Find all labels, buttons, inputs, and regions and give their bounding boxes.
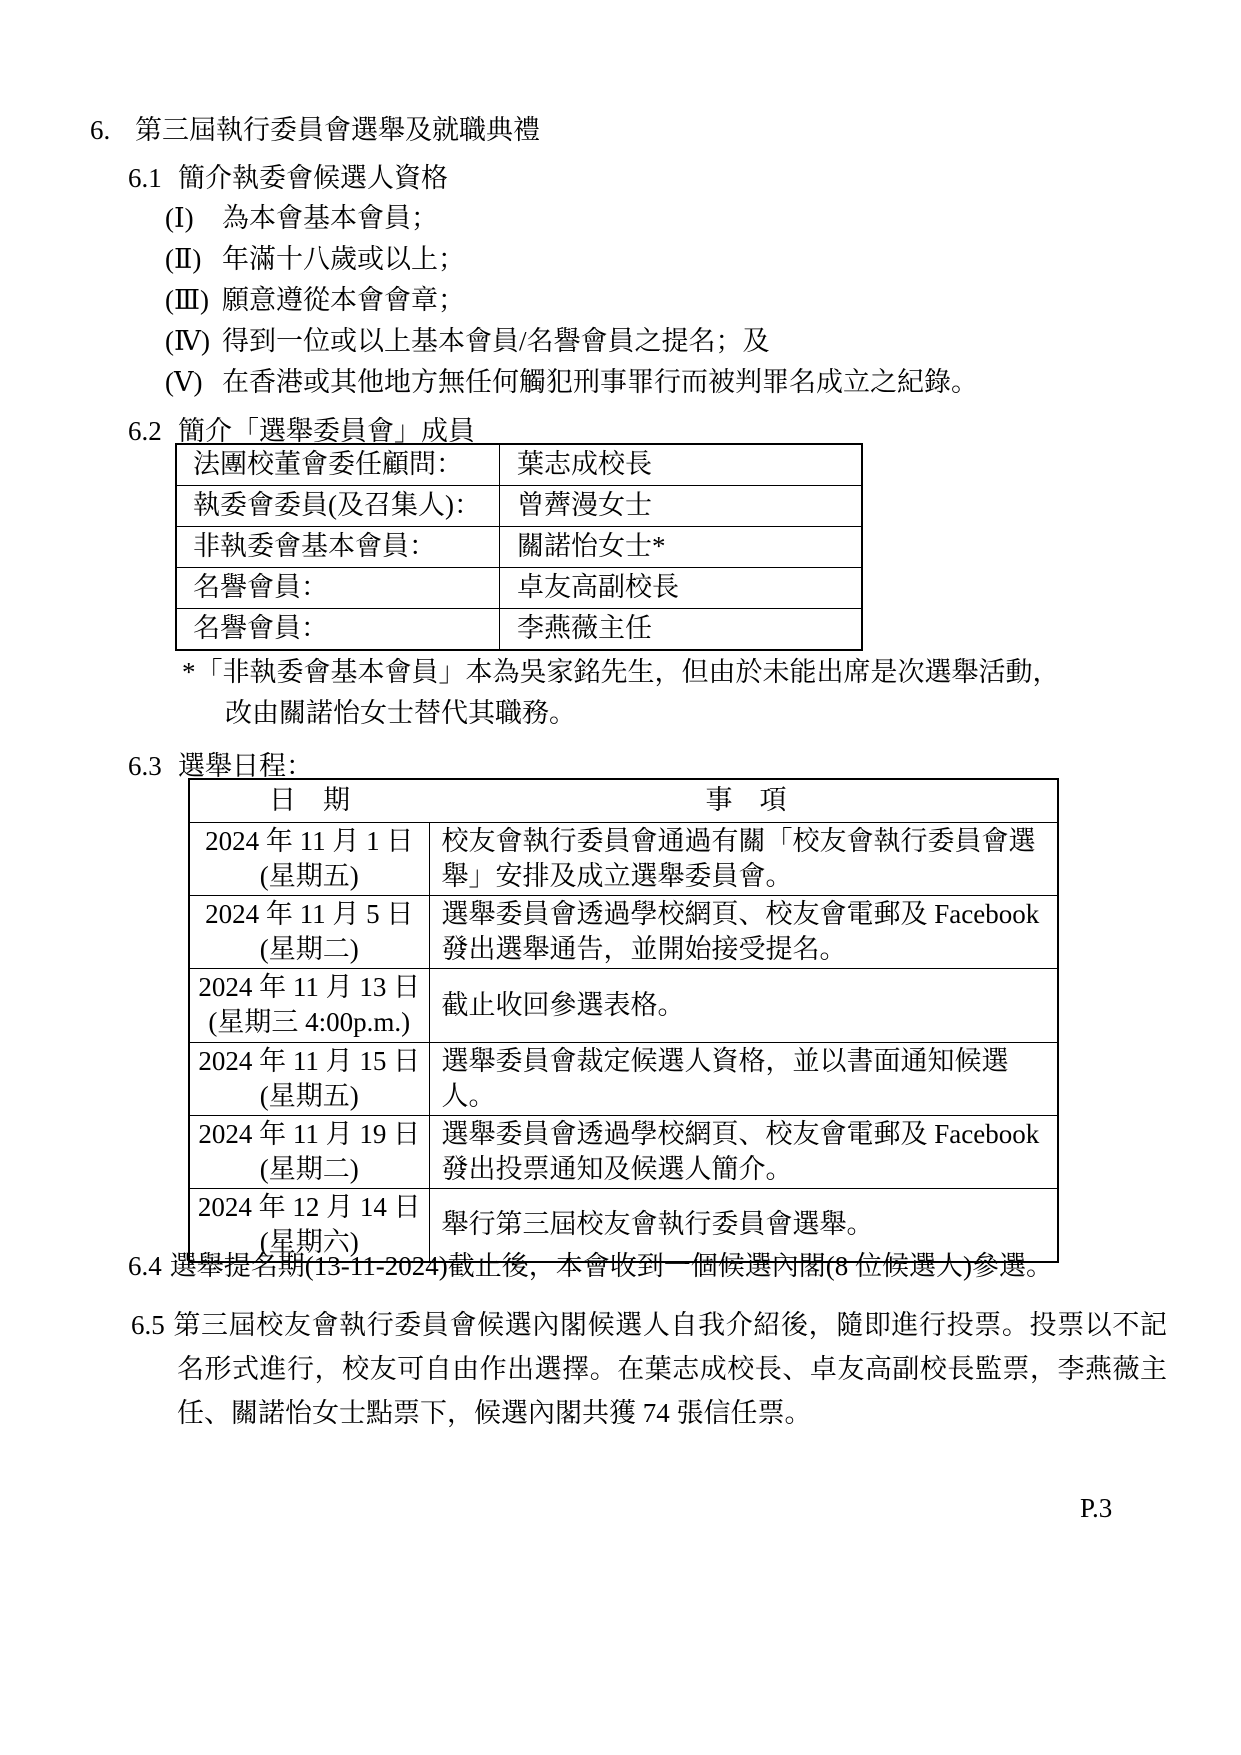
schedule-item: 校友會執行委員會通過有關「校友會執行委員會選舉」安排及成立選舉委員會。	[429, 823, 1058, 896]
footnote: *「非執委會基本會員」本為吳家銘先生，但由於未能出席是次選舉活動， 改由關諾怡女…	[182, 652, 1060, 734]
weekday-line: (星期三 4:00p.m.)	[191, 1005, 428, 1040]
table-row: 執委會委員(及召集人)： 曾薺漫女士	[176, 486, 862, 527]
table-row: 2024 年 11 月 5 日 (星期二) 選舉委員會透過學校網頁、校友會電郵及…	[189, 896, 1058, 969]
date-line: 2024 年 11 月 5 日	[191, 897, 428, 932]
table-row: 2024 年 11 月 13 日 (星期三 4:00p.m.) 截止收回參選表格…	[189, 969, 1058, 1042]
section-6-2-number: 6.2	[128, 411, 178, 452]
table-row: 法團校董會委任顧問： 葉志成校長	[176, 444, 862, 486]
member-name: 曾薺漫女士	[500, 486, 863, 527]
member-role: 非執委會基本會員：	[176, 527, 500, 568]
section-6-1-number: 6.1	[128, 158, 178, 199]
section-6-5-number: 6.5	[131, 1310, 165, 1340]
date-line: 2024 年 11 月 19 日	[191, 1117, 428, 1152]
section-6-number: 6.	[90, 110, 135, 151]
item-marker: (Ⅲ)	[165, 280, 222, 321]
weekday-line: (星期二)	[191, 932, 428, 967]
section-6-heading: 6.第三屆執行委員會選舉及就職典禮	[90, 110, 540, 151]
table-row: 名譽會員： 卓友高副校長	[176, 568, 862, 609]
section-6-title: 第三屆執行委員會選舉及就職典禮	[135, 115, 540, 145]
schedule-date: 2024 年 11 月 1 日 (星期五)	[189, 823, 429, 896]
item-text: 年滿十八歲或以上；	[222, 244, 465, 274]
item-text: 願意遵從本會會章；	[222, 285, 465, 315]
footnote-line-1: *「非執委會基本會員」本為吳家銘先生，但由於未能出席是次選舉活動，	[182, 652, 1060, 693]
member-name: 卓友高副校長	[500, 568, 863, 609]
election-committee-table: 法團校董會委任顧問： 葉志成校長 執委會委員(及召集人)： 曾薺漫女士 非執委會…	[175, 443, 863, 651]
item-text: 為本會基本會員；	[222, 203, 438, 233]
section-6-1-heading: 6.1簡介執委會候選人資格	[128, 158, 448, 199]
weekday-line: (星期五)	[191, 1079, 428, 1114]
section-6-4-paragraph: 6.4選舉提名期(13-11-2024)截止後，本會收到一個候選內閣(8 位候選…	[128, 1244, 1180, 1288]
schedule-date: 2024 年 11 月 15 日 (星期五)	[189, 1042, 429, 1115]
section-6-5-paragraph: 6.5第三屆校友會執行委員會候選內閣候選人自我介紹後，隨即進行投票。投票以不記名…	[131, 1303, 1167, 1435]
date-line: 2024 年 11 月 15 日	[191, 1044, 428, 1079]
qualification-item: (Ⅱ)年滿十八歲或以上；	[165, 239, 978, 280]
qualification-item: (Ⅳ)得到一位或以上基本會員/名譽會員之提名；及	[165, 321, 978, 362]
member-role: 執委會委員(及召集人)：	[176, 486, 500, 527]
qualification-item: (Ⅴ)在香港或其他地方無任何觸犯刑事罪行而被判罪名成立之紀錄。	[165, 362, 978, 403]
schedule-date: 2024 年 11 月 13 日 (星期三 4:00p.m.)	[189, 969, 429, 1042]
date-line: 2024 年 11 月 1 日	[191, 824, 428, 859]
member-name: 葉志成校長	[500, 444, 863, 486]
schedule-item: 選舉委員會透過學校網頁、校友會電郵及 Facebook 發出選舉通告，並開始接受…	[429, 896, 1058, 969]
section-6-4-text: 選舉提名期(13-11-2024)截止後，本會收到一個候選內閣(8 位候選人)參…	[170, 1251, 1053, 1281]
item-text: 在香港或其他地方無任何觸犯刑事罪行而被判罪名成立之紀錄。	[222, 367, 978, 397]
section-6-3-number: 6.3	[128, 746, 178, 787]
date-line: 2024 年 11 月 13 日	[191, 970, 428, 1005]
section-6-1-title: 簡介執委會候選人資格	[178, 163, 448, 193]
item-marker: (Ⅳ)	[165, 321, 222, 362]
member-role: 名譽會員：	[176, 568, 500, 609]
qualification-item: (Ⅰ)為本會基本會員；	[165, 198, 978, 239]
date-column-header: 日 期	[189, 779, 429, 823]
weekday-line: (星期二)	[191, 1152, 428, 1187]
document-page: 6.第三屆執行委員會選舉及就職典禮 6.1簡介執委會候選人資格 (Ⅰ)為本會基本…	[0, 0, 1241, 1755]
table-row: 2024 年 11 月 15 日 (星期五) 選舉委員會裁定候選人資格，並以書面…	[189, 1042, 1058, 1115]
section-6-5-text: 第三屆校友會執行委員會候選內閣候選人自我介紹後，隨即進行投票。投票以不記名形式進…	[173, 1310, 1167, 1428]
footnote-line-2: 改由關諾怡女士替代其職務。	[225, 693, 1060, 734]
section-6-3-title: 選舉日程：	[178, 751, 313, 781]
schedule-item: 選舉委員會裁定候選人資格，並以書面通知候選人。	[429, 1042, 1058, 1115]
member-role: 法團校董會委任顧問：	[176, 444, 500, 486]
table-row: 2024 年 11 月 19 日 (星期二) 選舉委員會透過學校網頁、校友會電郵…	[189, 1115, 1058, 1188]
weekday-line: (星期五)	[191, 859, 428, 894]
page-number: P.3	[1080, 1488, 1112, 1529]
qualification-list: (Ⅰ)為本會基本會員； (Ⅱ)年滿十八歲或以上； (Ⅲ)願意遵從本會會章； (Ⅳ…	[165, 198, 978, 403]
member-role: 名譽會員：	[176, 609, 500, 651]
item-column-header: 事 項	[429, 779, 1058, 823]
item-text: 得到一位或以上基本會員/名譽會員之提名；及	[222, 326, 770, 356]
item-marker: (Ⅴ)	[165, 362, 222, 403]
section-6-4-number: 6.4	[128, 1251, 162, 1281]
qualification-item: (Ⅲ)願意遵從本會會章；	[165, 280, 978, 321]
item-marker: (Ⅱ)	[165, 239, 222, 280]
election-schedule-table: 日 期 事 項 2024 年 11 月 1 日 (星期五) 校友會執行委員會通過…	[188, 778, 1059, 1263]
schedule-date: 2024 年 11 月 5 日 (星期二)	[189, 896, 429, 969]
item-marker: (Ⅰ)	[165, 198, 222, 239]
date-line: 2024 年 12 月 14 日	[191, 1190, 428, 1225]
table-row: 名譽會員： 李燕薇主任	[176, 609, 862, 651]
member-name: 關諾怡女士*	[500, 527, 863, 568]
table-row: 非執委會基本會員： 關諾怡女士*	[176, 527, 862, 568]
schedule-item: 選舉委員會透過學校網頁、校友會電郵及 Facebook 發出投票通知及候選人簡介…	[429, 1115, 1058, 1188]
member-name: 李燕薇主任	[500, 609, 863, 651]
schedule-item: 截止收回參選表格。	[429, 969, 1058, 1042]
schedule-date: 2024 年 11 月 19 日 (星期二)	[189, 1115, 429, 1188]
table-header-row: 日 期 事 項	[189, 779, 1058, 823]
table-row: 2024 年 11 月 1 日 (星期五) 校友會執行委員會通過有關「校友會執行…	[189, 823, 1058, 896]
section-6-2-title: 簡介「選舉委員會」成員	[178, 416, 475, 446]
